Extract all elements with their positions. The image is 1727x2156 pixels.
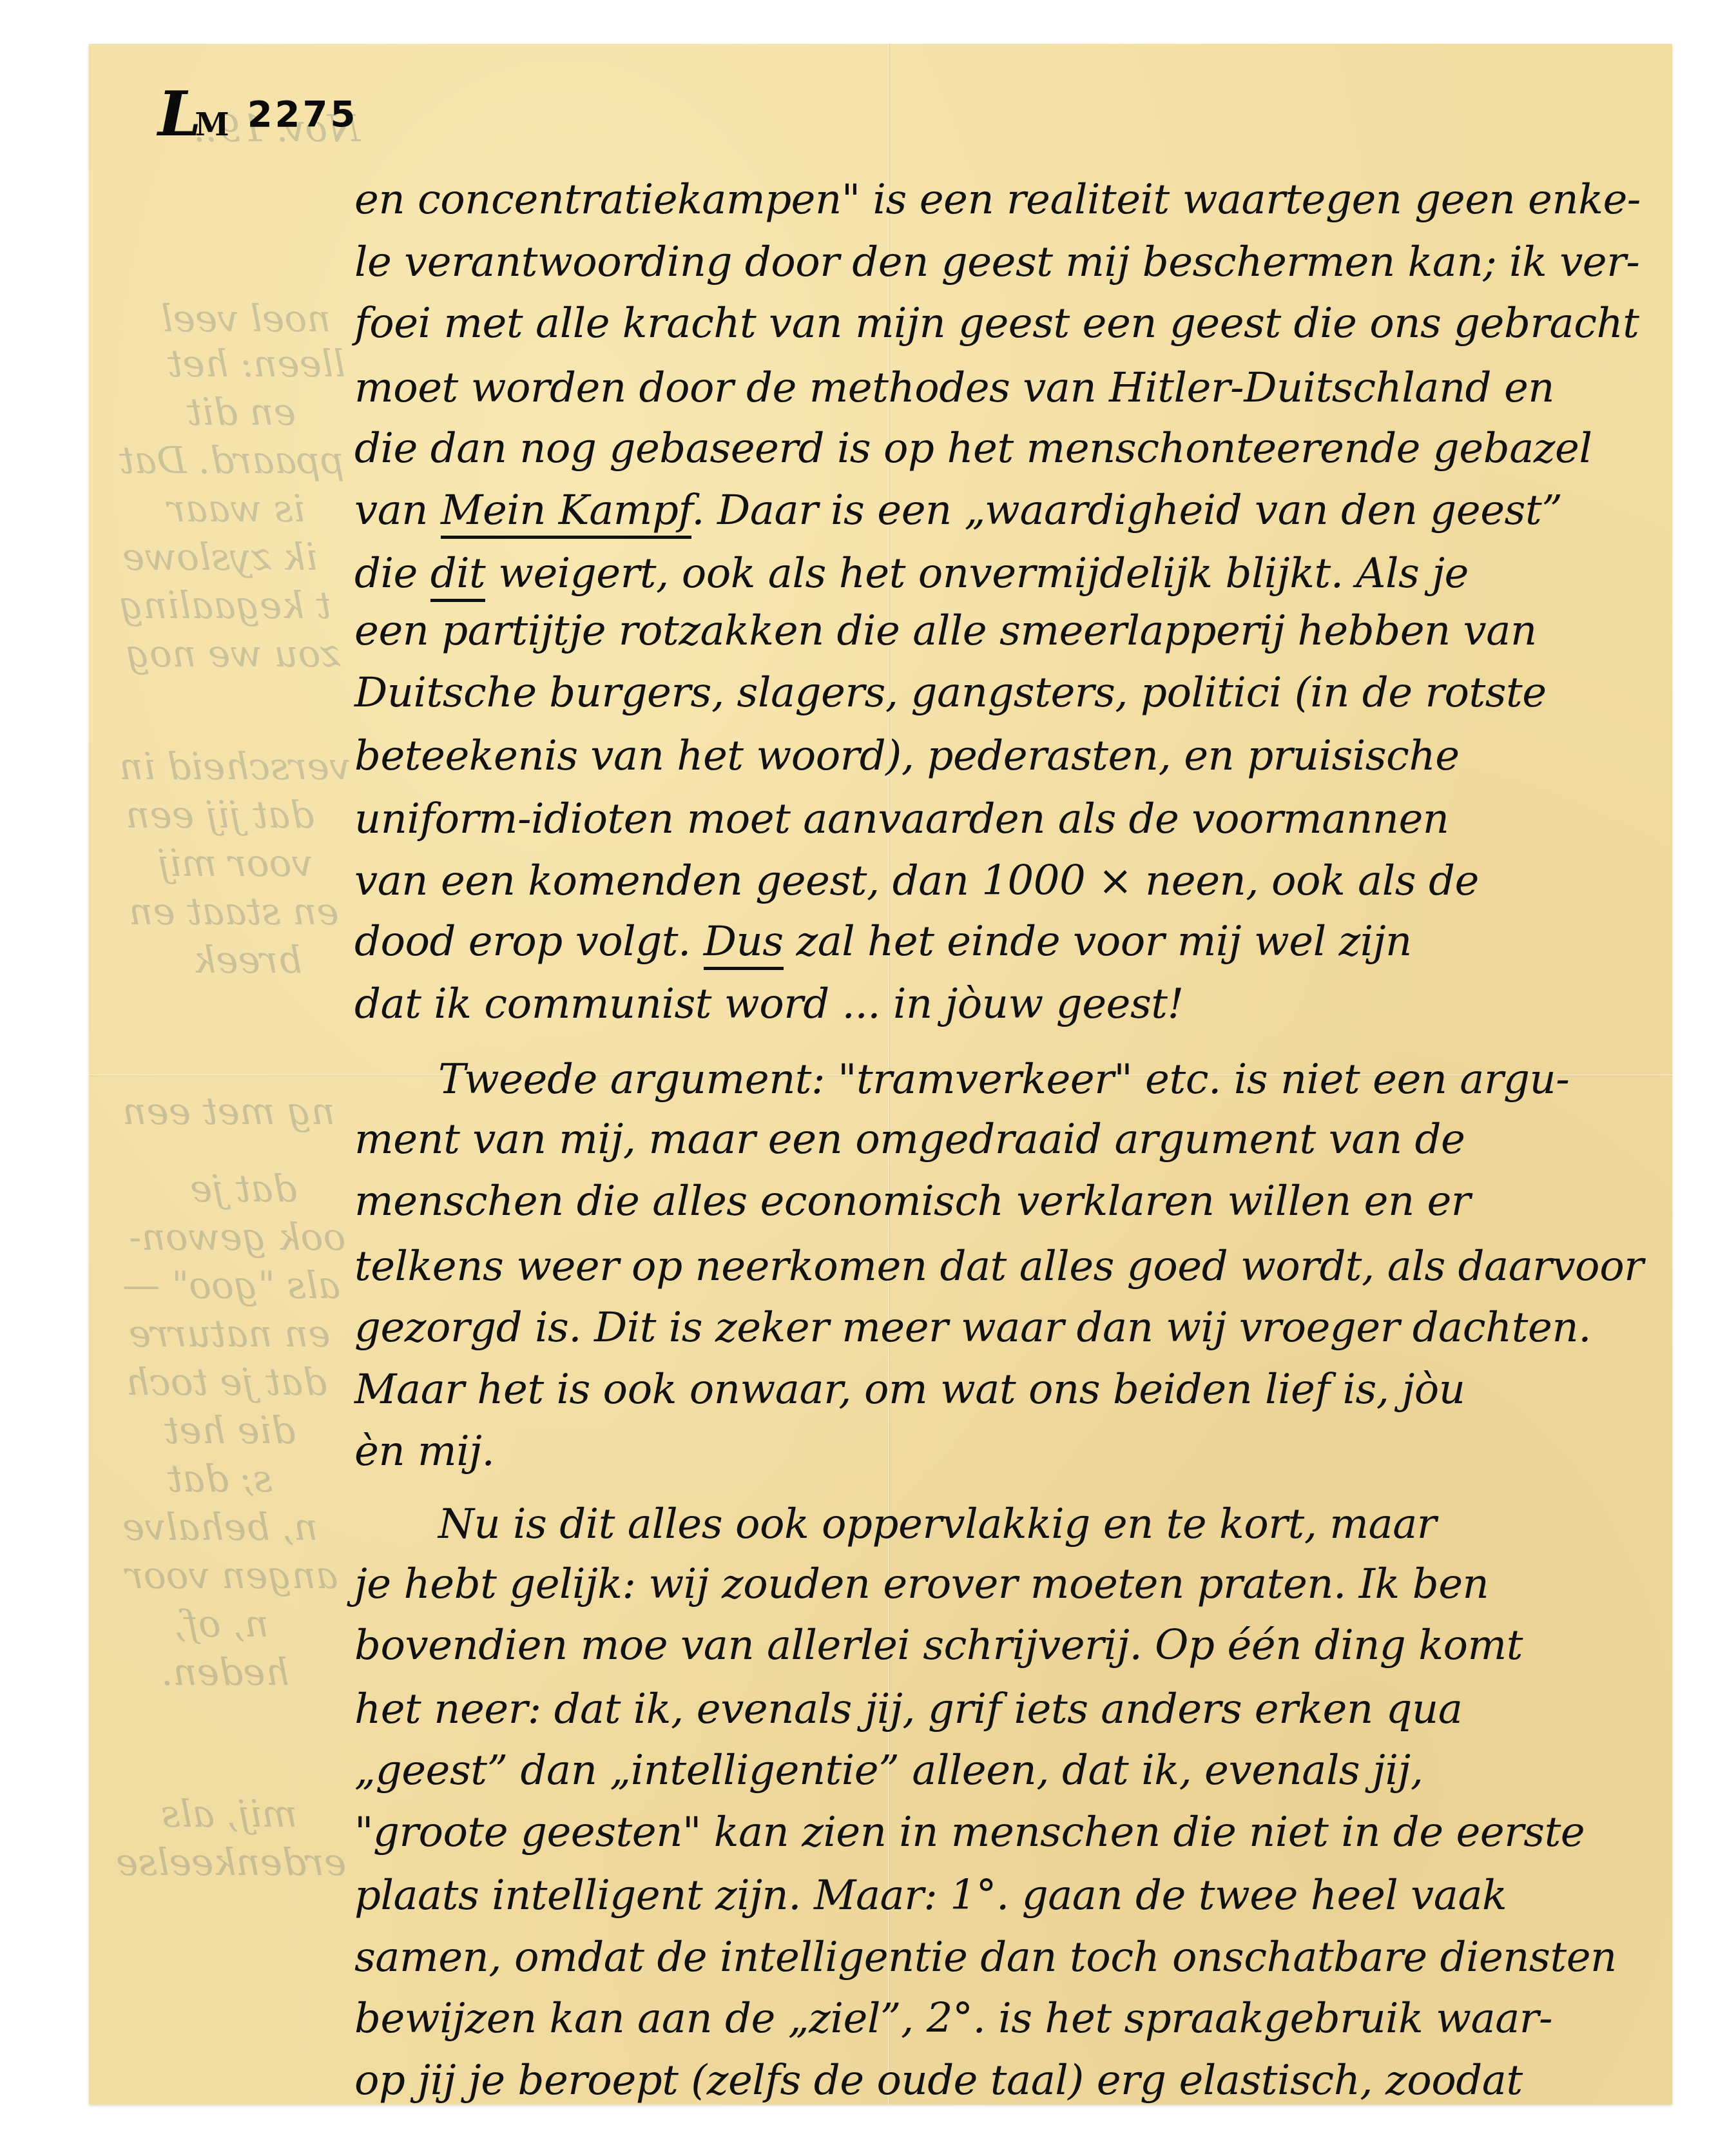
handwritten-line: dood erop volgt. Dus zal het einde voor … bbox=[354, 916, 1669, 967]
bleed-through-text: mij, als bbox=[161, 1792, 297, 1836]
handwritten-line: moet worden door de methodes van Hitler-… bbox=[354, 362, 1669, 414]
bleed-through-text: ppaard. Dat bbox=[119, 438, 345, 482]
handwritten-line: je hebt gelijk: wij zouden erover moeten… bbox=[354, 1559, 1669, 1610]
bleed-through-text: dat jij een bbox=[126, 793, 314, 837]
handwritten-line: van Mein Kampf. Daar is een „waardigheid… bbox=[354, 485, 1669, 536]
handwritten-line: een partijtje rotzakken die alle smeerla… bbox=[354, 605, 1669, 657]
handwritten-line: Duitsche burgers, slagers, gangsters, po… bbox=[354, 667, 1669, 719]
handwritten-line: op jij je beroept (zelfs de oude taal) e… bbox=[354, 2055, 1669, 2106]
handwritten-line: le verantwoording door den geest mij bes… bbox=[354, 237, 1669, 288]
bleed-through-text: ng met een bbox=[122, 1089, 335, 1133]
underlined-word: Mein Kampf bbox=[441, 487, 691, 539]
handwritten-line: beteekenis van het woord), pederasten, e… bbox=[354, 730, 1669, 782]
bleed-through-text: heden. bbox=[161, 1650, 289, 1694]
handwritten-line: die dit weigert, ook als het onvermijdel… bbox=[354, 548, 1669, 599]
handwritten-line: Tweede argument: "tramverkeer" etc. is n… bbox=[354, 1054, 1669, 1105]
bleed-through-text: ik zyslowe bbox=[122, 535, 318, 579]
bleed-through-text: die het bbox=[164, 1408, 295, 1452]
handwritten-line: „geest” dan „intelligentie” alleen, dat … bbox=[354, 1745, 1669, 1796]
bleed-through-text: n, of, bbox=[174, 1602, 269, 1646]
bleed-through-text: n, behalve bbox=[122, 1505, 318, 1549]
handwritten-line: bewijzen kan aan de „ziel”, 2°. is het s… bbox=[354, 1993, 1669, 2044]
underlined-word: Dus bbox=[704, 918, 784, 970]
handwritten-line: telkens weer op neerkomen dat alles goed… bbox=[354, 1241, 1669, 1292]
handwritten-line: uniform-idioten moet aanvaarden als de v… bbox=[354, 793, 1669, 845]
handwritten-line: van een komenden geest, dan 1000 × neen,… bbox=[354, 855, 1669, 907]
handwritten-line: die dan nog gebaseerd is op het menschon… bbox=[354, 423, 1669, 474]
handwritten-line: en concentratiekampen" is een realiteit … bbox=[354, 174, 1669, 226]
handwritten-line: Nu is dit alles ook oppervlakkig en te k… bbox=[354, 1499, 1669, 1550]
bleed-through-text: is waar bbox=[168, 487, 305, 530]
bleed-through-text: erdenkeelse bbox=[116, 1840, 346, 1884]
handwritten-line: foei met alle kracht van mijn geest een … bbox=[354, 298, 1669, 349]
archive-monogram-icon: LM bbox=[158, 83, 229, 145]
handwritten-line: ment van mij, maar een omgedraaid argume… bbox=[354, 1114, 1669, 1165]
archive-stamp: LM 2275 bbox=[158, 79, 358, 150]
underlined-word: dit bbox=[430, 550, 486, 602]
handwritten-line: dat ik communist word ... in jòuw geest! bbox=[354, 978, 1669, 1030]
bleed-through-text: dat je bbox=[190, 1167, 297, 1210]
handwritten-line: menschen die alles economisch verklaren … bbox=[354, 1176, 1669, 1227]
handwritten-line: gezorgd is. Dit is zeker meer waar dan w… bbox=[354, 1302, 1669, 1354]
archive-number: 2275 bbox=[247, 93, 358, 135]
bleed-through-text: t kegaaling bbox=[119, 583, 331, 627]
bleed-through-text: breek bbox=[193, 938, 302, 982]
handwritten-line: plaats intelligent zijn. Maar: 1°. gaan … bbox=[354, 1870, 1669, 1921]
handwritten-line: bovendien moe van allerlei schrijverij. … bbox=[354, 1620, 1669, 1671]
handwritten-line: het neer: dat ik, evenals jij, grif iets… bbox=[354, 1684, 1669, 1735]
bleed-through-text: en dit bbox=[187, 390, 296, 434]
bleed-through-text: ook gewon- bbox=[129, 1215, 345, 1259]
bleed-through-text: lleen: het bbox=[168, 342, 345, 385]
bleed-through-text: en staat en bbox=[129, 889, 339, 933]
handwritten-line: samen, omdat de intelligentie dan toch o… bbox=[354, 1932, 1669, 1983]
bleed-through-text: zou we nog bbox=[126, 632, 340, 675]
bleed-through-text: en naturre bbox=[129, 1312, 331, 1355]
bleed-through-text: als "goo" — bbox=[122, 1263, 340, 1307]
bleed-through-text: angen voor bbox=[126, 1553, 338, 1597]
bleed-through-text: noel veel bbox=[161, 296, 331, 340]
handwritten-line: èn mij. bbox=[354, 1426, 1669, 1477]
bleed-through-text: voor mij bbox=[158, 841, 313, 885]
handwritten-line: Maar het is ook onwaar, om wat ons beide… bbox=[354, 1364, 1669, 1415]
bleed-through-text: s; dat bbox=[168, 1457, 273, 1500]
handwritten-line: "groote geesten" kan zien in menschen di… bbox=[354, 1807, 1669, 1858]
bleed-through-text: verscheid in bbox=[119, 744, 351, 788]
bleed-through-text: dat je toch bbox=[126, 1360, 327, 1404]
